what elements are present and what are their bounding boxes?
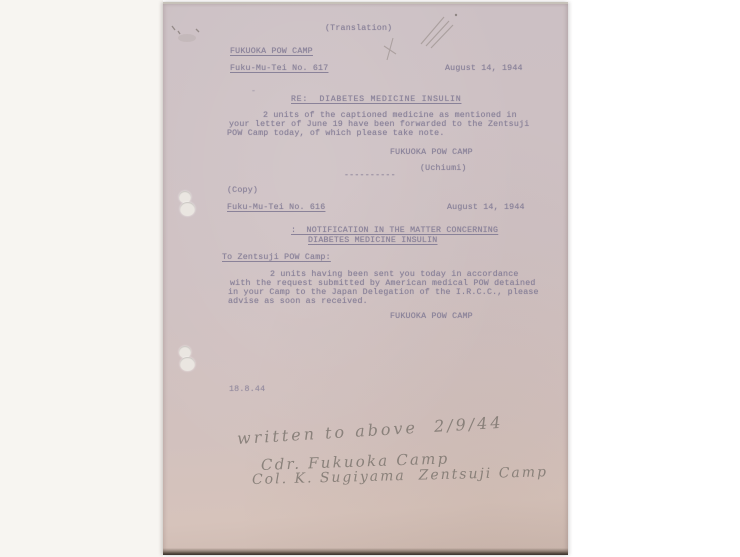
pencil-check-mark [384, 38, 396, 60]
pencil-smudge [178, 34, 196, 42]
copy-label: (Copy) [227, 186, 258, 195]
translation-label: (Translation) [325, 24, 392, 33]
reference-number-617: Fuku-Mu-Tei No. 617 [230, 64, 328, 73]
letter1-subject-line: RE: DIABETES MEDICINE INSULIN [291, 95, 461, 104]
letter1-body-line: 2 units of the captioned medicine as men… [263, 111, 517, 120]
letter2-body-line: with the request submitted by American m… [230, 279, 536, 288]
letter2-signature: FUKUOKA POW CAMP [390, 312, 473, 321]
letter1-body-line: POW Camp today, of which please take not… [227, 129, 445, 138]
divider-dashes: ---------- [344, 171, 396, 180]
letter2-body-line: in your Camp to the Japan Delegation of … [228, 288, 539, 297]
letter1-signature: FUKUOKA POW CAMP [390, 148, 473, 157]
letter2-subject-line1: : NOTIFICATION IN THE MATTER CONCERNING [291, 226, 498, 235]
letter2-date: August 14, 1944 [447, 203, 525, 212]
received-date-stamp: 18.8.44 [229, 385, 265, 394]
hole-punch [180, 202, 195, 216]
reference-number-616: Fuku-Mu-Tei No. 616 [227, 203, 325, 212]
hole-punch [180, 357, 195, 371]
letter1-signer-name: (Uchiumi) [420, 164, 467, 173]
document-page: (Translation) FUKUOKA POW CAMP Fuku-Mu-T… [163, 2, 568, 555]
stray-dash-mark: - [251, 87, 256, 96]
pencil-scribble-top-right [421, 14, 457, 48]
pencil-specks-top-left [172, 26, 199, 34]
letter1-body-line: your letter of June 19 have been forward… [229, 120, 529, 129]
letter2-subject-line2: DIABETES MEDICINE INSULIN [308, 236, 437, 245]
letter2-addressee: To Zentsuji POW Camp: [222, 253, 331, 262]
letter2-body-line: 2 units having been sent you today in ac… [270, 270, 519, 279]
scan-background: (Translation) FUKUOKA POW CAMP Fuku-Mu-T… [0, 0, 740, 557]
letter2-body-line: advise as soon as received. [228, 297, 368, 306]
camp-heading: FUKUOKA POW CAMP [230, 47, 313, 56]
handwritten-note-line1: written to above 2/9/44 [236, 413, 504, 448]
letter1-date: August 14, 1944 [445, 64, 523, 73]
